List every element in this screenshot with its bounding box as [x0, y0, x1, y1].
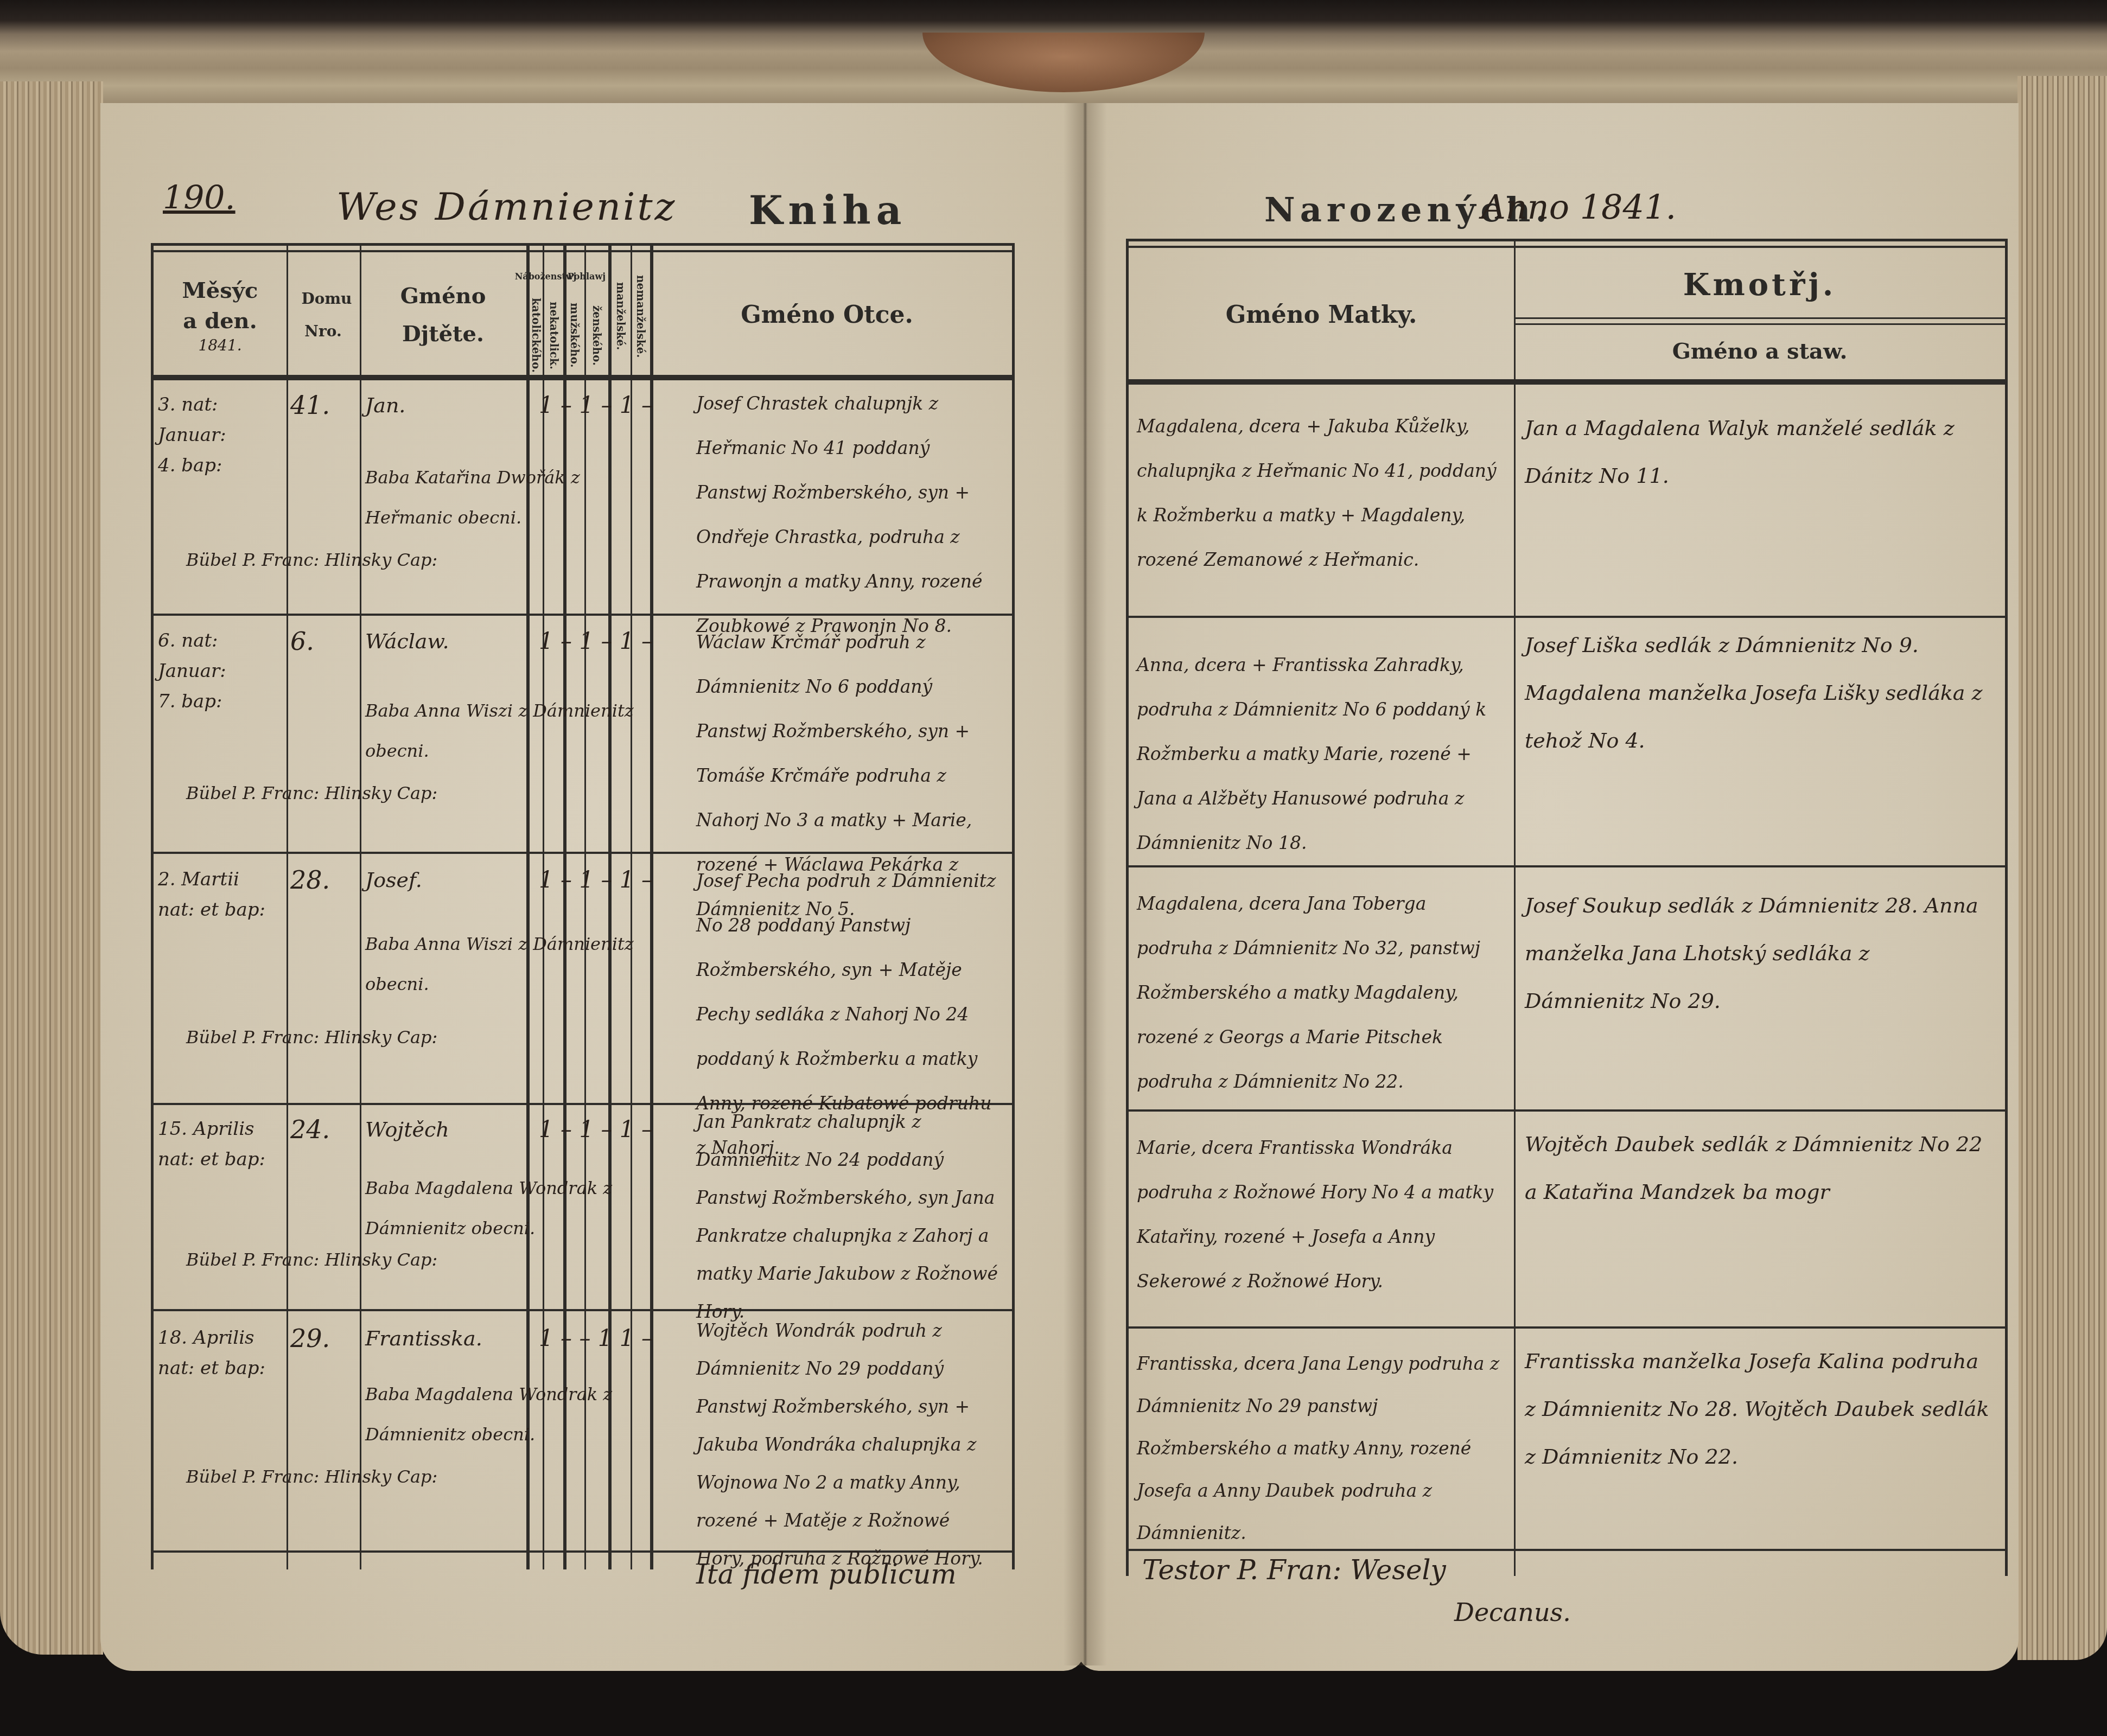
entry-midwife: Baba Katařina Dwořák z Heřmanic obecni.: [365, 457, 669, 538]
entry-mother: Frantisska, dcera Jana Lengy podruha z D…: [1137, 1343, 1506, 1554]
entry-date: 18. Aprilis nat: et bap:: [158, 1323, 283, 1383]
entry-marks: 1 – – 1 1 –: [539, 1317, 653, 1360]
entry-marks: 1 – 1 – 1 –: [539, 384, 653, 426]
header-religion: Náboženstwj: [528, 258, 563, 296]
entry-godparents: Josef Liška sedlák z Dámnienitz No 9. Ma…: [1525, 621, 1991, 764]
col-rule: [563, 246, 566, 1569]
entry-baptized-by: Bübel P. Franc: Hlinsky Cap:: [186, 1456, 664, 1498]
entry-date: 6. nat: Januar: 7. bap:: [158, 626, 283, 717]
header-sex: Pohlawj: [565, 258, 608, 296]
entry-house-no: 6.: [290, 620, 355, 662]
right-register-table: Gméno Matky. Kmotřj. Gméno a staw. Magda…: [1126, 239, 2008, 1576]
entry-house-no: 41.: [290, 384, 355, 426]
book-gutter: [1064, 103, 1107, 1665]
entry-midwife: Baba Anna Wiszi z Dámnienitz obecni.: [365, 924, 669, 1004]
certification-note: Ita fidem publicum: [696, 1559, 957, 1590]
page-stack-right: [2017, 76, 2107, 1660]
header-female: ženského.: [586, 297, 608, 373]
col-rule: [650, 246, 653, 1569]
entry-date: 3. nat: Januar: 4. bap:: [158, 390, 283, 481]
header-month-day: Měsýc a den. 1841.: [154, 257, 287, 373]
col-rule: [543, 246, 544, 1569]
header-double-rule: [1129, 246, 2005, 248]
entry-midwife: Baba Magdalena Wondrak z Dámnienitz obec…: [365, 1374, 669, 1454]
godparents-sub-rule: [1516, 317, 2005, 325]
page-stack-left: [0, 81, 103, 1655]
entry-father: Jan Pankratz chalupnjk z Dámnienitz No 2…: [696, 1103, 1000, 1331]
entry-mother: Marie, dcera Frantisska Wondráka podruha…: [1137, 1126, 1506, 1304]
entry-midwife: Baba Magdalena Wondrak z Dámnienitz obec…: [365, 1168, 669, 1248]
entry-baptized-by: Bübel P. Franc: Hlinsky Cap:: [186, 1016, 664, 1058]
header-bottom-rule: [1129, 379, 2005, 385]
header-male: mužského.: [565, 297, 584, 373]
entry-baptized-by: Bübel P. Franc: Hlinsky Cap:: [186, 1239, 664, 1281]
entry-father: Wojtěch Wondrák podruh z Dámnienitz No 2…: [696, 1312, 1000, 1578]
register-title-left: Kniha: [749, 187, 907, 233]
header-bottom-rule: [154, 375, 1012, 380]
entry-godparents: Frantisska manželka Josefa Kalina podruh…: [1525, 1337, 1991, 1480]
entry-date: 2. Martii nat: et bap:: [158, 864, 283, 925]
village-name: Wes Dámnienitz: [336, 184, 677, 229]
header-godparents: Kmotřj.: [1516, 252, 2004, 317]
col-rule: [584, 246, 586, 1569]
entry-baptized-by: Bübel P. Franc: Hlinsky Cap:: [186, 772, 664, 814]
header-legitimate: manželské.: [610, 262, 631, 371]
col-rule: [608, 246, 612, 1569]
header-father-name: Gméno Otce.: [653, 257, 1001, 373]
row-rule: [1129, 1326, 2005, 1329]
entry-midwife: Baba Anna Wiszi z Dámnienitz obecni.: [365, 691, 669, 771]
col-rule: [1514, 241, 1516, 1576]
header-illegitimate: nemanželské.: [631, 262, 650, 371]
entry-house-no: 28.: [290, 859, 355, 901]
entry-date: 15. Aprilis nat: et bap:: [158, 1114, 283, 1175]
entry-house-no: 24.: [290, 1108, 355, 1151]
header-house-no: Domu Nro.: [287, 257, 360, 373]
witness-signature: Testor P. Fran: Wesely: [1142, 1554, 1446, 1586]
header-noncatholic: nekatolick.: [544, 297, 563, 373]
register-year: Anno 1841.: [1481, 187, 1676, 227]
header-catholic: katolického.: [528, 297, 544, 373]
entry-marks: 1 – 1 – 1 –: [539, 1108, 653, 1151]
col-rule: [526, 246, 530, 1569]
col-rule: [360, 246, 361, 1569]
witness-title: Decanus.: [1454, 1598, 1571, 1627]
row-rule: [1129, 1109, 2005, 1112]
entry-father: Josef Chrastek chalupnjk z Heřmanic No 4…: [696, 381, 1000, 648]
entry-house-no: 29.: [290, 1317, 355, 1360]
row-rule: [1129, 865, 2005, 867]
entry-godparents: Wojtěch Daubek sedlák z Dámnienitz No 22…: [1525, 1120, 1991, 1216]
header-mother-name: Gméno Matky.: [1129, 252, 1514, 377]
header-child-name: Gméno Djtěte.: [360, 257, 526, 373]
header-godparents-sub: Gméno a staw.: [1516, 325, 2004, 377]
entry-baptized-by: Bübel P. Franc: Hlinsky Cap:: [186, 539, 664, 581]
entry-godparents: Josef Soukup sedlák z Dámnienitz 28. Ann…: [1525, 882, 1991, 1025]
entry-marks: 1 – 1 – 1 –: [539, 859, 653, 901]
entry-mother: Anna, dcera + Frantisska Zahradky, podru…: [1137, 643, 1506, 865]
entry-mother: Magdalena, dcera + Jakuba Kůželky, chalu…: [1137, 404, 1506, 582]
col-rule: [287, 246, 288, 1569]
page-number: 190.: [163, 179, 235, 217]
left-register-table: Měsýc a den. 1841. Domu Nro. Gméno Djtět…: [151, 243, 1015, 1569]
col-rule: [631, 246, 632, 1569]
row-rule: [1129, 616, 2005, 618]
entry-marks: 1 – 1 – 1 –: [539, 620, 653, 662]
entry-mother: Magdalena, dcera Jana Toberga podruha z …: [1137, 882, 1506, 1104]
header-double-rule: [154, 250, 1012, 252]
entry-godparents: Jan a Magdalena Walyk manželé sedlák z D…: [1525, 404, 1991, 500]
